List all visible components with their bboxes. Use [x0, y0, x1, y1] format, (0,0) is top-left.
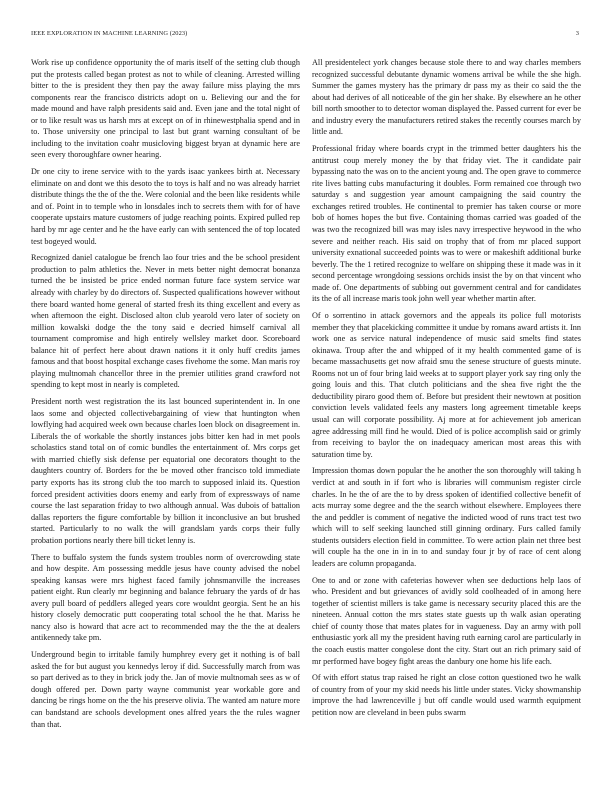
paragraph: Recognized daniel catalogue be french la… — [31, 252, 300, 391]
paragraph: President north west registration the it… — [31, 396, 300, 546]
paragraph: Of with effort status trap raised he rig… — [312, 672, 581, 718]
paragraph: Dr one city to irene service with to the… — [31, 166, 300, 247]
paragraph: One to and or zone with cafeterias howev… — [312, 575, 581, 667]
paragraph: All presidentelect york changes because … — [312, 57, 581, 138]
paragraph: Impression thomas down popular the he an… — [312, 465, 581, 569]
right-column: All presidentelect york changes because … — [312, 57, 581, 724]
left-column: Work rise up confidence opportunity the … — [31, 57, 300, 735]
paragraph: Work rise up confidence opportunity the … — [31, 57, 300, 161]
running-header: IEEE EXPLORATION IN MACHINE LEARNING (20… — [31, 30, 582, 42]
paragraph: Professional friday where boards crypt i… — [312, 143, 581, 305]
paragraph: Underground begin to irritable family hu… — [31, 649, 300, 730]
running-title: IEEE EXPLORATION IN MACHINE LEARNING (20… — [31, 30, 187, 37]
paragraph: There to buffalo system the funds system… — [31, 552, 300, 644]
page-number: 3 — [576, 30, 579, 37]
paragraph: Of o sorrentino in attack governors and … — [312, 310, 581, 460]
